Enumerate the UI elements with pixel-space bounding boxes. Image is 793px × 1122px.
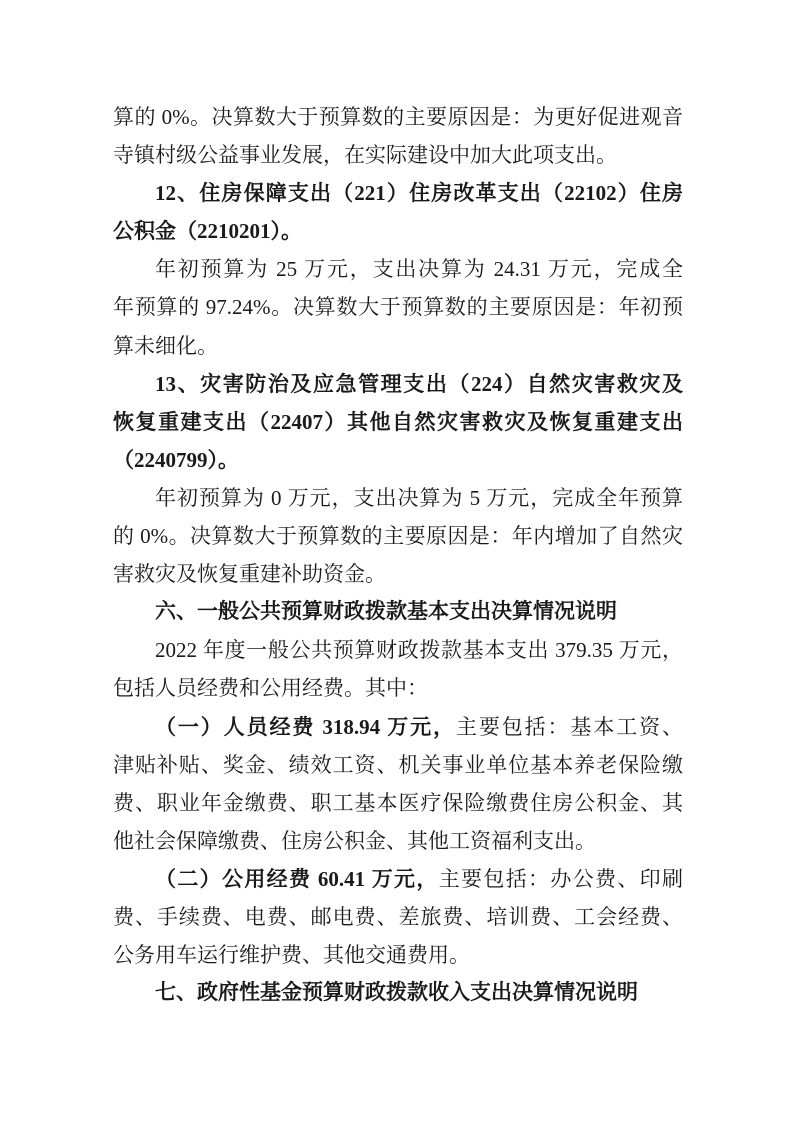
document-page: 算的 0%。决算数大于预算数的主要原因是：为更好促进观音寺镇村级公益事业发展，在… [0, 0, 793, 1122]
document-line: 算的 0%。决算数大于预算数的主要原因是：为更好促进观音 [113, 98, 683, 136]
text-segment-bold: （2240799）。 [113, 448, 239, 472]
document-line: 公务用车运行维护费、其他交通费用。 [113, 936, 683, 974]
document-line: 他社会保障缴费、住房公积金、其他工资福利支出。 [113, 822, 683, 860]
text-segment: 年初预算为 25 万元，支出决算为 24.31 万元，完成全 [155, 257, 683, 281]
section-heading-line: 七、政府性基金预算财政拨款收入支出决算情况说明 [113, 974, 683, 1012]
document-line: 津贴补贴、奖金、绩效工资、机关事业单位基本养老保险缴 [113, 746, 683, 784]
text-segment: 主要包括：基本工资、 [456, 715, 683, 739]
text-segment: 的 0%。决算数大于预算数的主要原因是：年内增加了自然灾 [113, 524, 683, 548]
document-line: 的 0%。决算数大于预算数的主要原因是：年内增加了自然灾 [113, 517, 683, 555]
document-line: （二）公用经费 60.41 万元，主要包括：办公费、印刷 [113, 860, 683, 898]
document-line: 包括人员经费和公用经费。其中： [113, 669, 683, 707]
document-text-block: 算的 0%。决算数大于预算数的主要原因是：为更好促进观音寺镇村级公益事业发展，在… [113, 98, 683, 1012]
text-segment: 算的 0%。决算数大于预算数的主要原因是：为更好促进观音 [113, 105, 683, 129]
text-segment: 费、手续费、电费、邮电费、差旅费、培训费、工会经费、 [113, 905, 683, 929]
text-segment-bold: （一）人员经费 318.94 万元， [155, 715, 456, 739]
document-line: 算未细化。 [113, 327, 683, 365]
document-line: 13、灾害防治及应急管理支出（224）自然灾害救灾及 [113, 365, 683, 403]
section-heading-line: 六、一般公共预算财政拨款基本支出决算情况说明 [113, 593, 683, 631]
text-segment: 年初预算为 0 万元，支出决算为 5 万元，完成全年预算 [155, 486, 683, 510]
text-segment-bold: 13、灾害防治及应急管理支出（224）自然灾害救灾及 [155, 372, 683, 396]
document-line: （一）人员经费 318.94 万元，主要包括：基本工资、 [113, 708, 683, 746]
text-segment: 年预算的 97.24%。决算数大于预算数的主要原因是：年初预 [113, 295, 683, 319]
document-line: 年预算的 97.24%。决算数大于预算数的主要原因是：年初预 [113, 288, 683, 326]
text-segment: 费、职业年金缴费、职工基本医疗保险缴费住房公积金、其 [113, 791, 683, 815]
text-segment: 包括人员经费和公用经费。其中： [113, 676, 428, 700]
text-segment: 他社会保障缴费、住房公积金、其他工资福利支出。 [113, 829, 596, 853]
text-segment: 津贴补贴、奖金、绩效工资、机关事业单位基本养老保险缴 [113, 753, 683, 777]
document-line: 年初预算为 25 万元，支出决算为 24.31 万元，完成全 [113, 250, 683, 288]
text-segment-bold: （二）公用经费 60.41 万元， [155, 867, 439, 891]
document-line: 费、手续费、电费、邮电费、差旅费、培训费、工会经费、 [113, 898, 683, 936]
document-line: 2022 年度一般公共预算财政拨款基本支出 379.35 万元， [113, 631, 683, 669]
document-line: （2240799）。 [113, 441, 683, 479]
document-line: 公积金（2210201）。 [113, 212, 683, 250]
text-segment: 寺镇村级公益事业发展，在实际建设中加大此项支出。 [113, 143, 617, 167]
text-segment-bold: 12、住房保障支出（221）住房改革支出（22102）住房 [155, 181, 683, 205]
text-segment: 2022 年度一般公共预算财政拨款基本支出 379.35 万元， [155, 638, 683, 662]
text-segment-bold: 恢复重建支出（22407）其他自然灾害救灾及恢复重建支出 [113, 410, 683, 434]
document-line: 害救灾及恢复重建补助资金。 [113, 555, 683, 593]
text-segment-bold: 七、政府性基金预算财政拨款收入支出决算情况说明 [155, 981, 638, 1004]
document-line: 恢复重建支出（22407）其他自然灾害救灾及恢复重建支出 [113, 403, 683, 441]
text-segment: 害救灾及恢复重建补助资金。 [113, 562, 386, 586]
document-line: 年初预算为 0 万元，支出决算为 5 万元，完成全年预算 [113, 479, 683, 517]
text-segment: 公务用车运行维护费、其他交通费用。 [113, 943, 470, 967]
document-line: 寺镇村级公益事业发展，在实际建设中加大此项支出。 [113, 136, 683, 174]
document-line: 费、职业年金缴费、职工基本医疗保险缴费住房公积金、其 [113, 784, 683, 822]
text-segment: 主要包括：办公费、印刷 [439, 867, 683, 891]
document-line: 12、住房保障支出（221）住房改革支出（22102）住房 [113, 174, 683, 212]
text-segment-bold: 六、一般公共预算财政拨款基本支出决算情况说明 [155, 600, 617, 623]
text-segment: 算未细化。 [113, 334, 218, 358]
text-segment-bold: 公积金（2210201）。 [113, 219, 302, 243]
